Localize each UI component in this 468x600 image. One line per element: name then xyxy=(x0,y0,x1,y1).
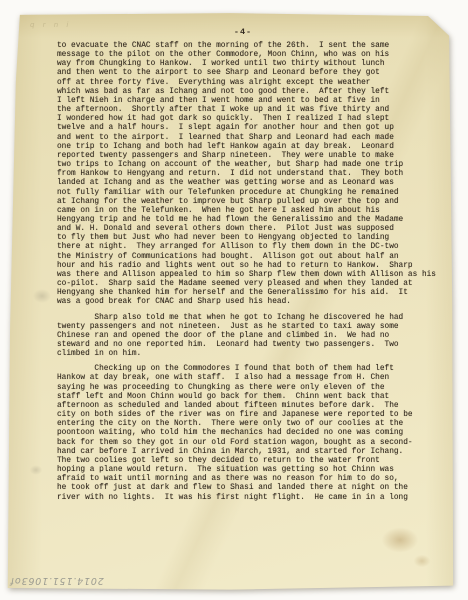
page-number: -4- xyxy=(57,27,429,37)
document-page: q r n i -4- to evacuate the CNAC staff o… xyxy=(6,12,454,592)
paragraph: Sharp also told me that when he got to I… xyxy=(57,314,449,360)
typed-letter-body: to evacuate the CNAC staff on the mornin… xyxy=(57,42,449,509)
paragraph: to evacuate the CNAC staff on the mornin… xyxy=(57,42,449,308)
scan-background: q r n i -4- to evacuate the CNAC staff o… xyxy=(0,0,468,600)
accession-number-pencil: 2014.151.1063of xyxy=(10,575,104,586)
paragraph: Checking up on the Commodores I found th… xyxy=(57,365,449,502)
paper-shadow: q r n i -4- to evacuate the CNAC staff o… xyxy=(0,0,468,600)
